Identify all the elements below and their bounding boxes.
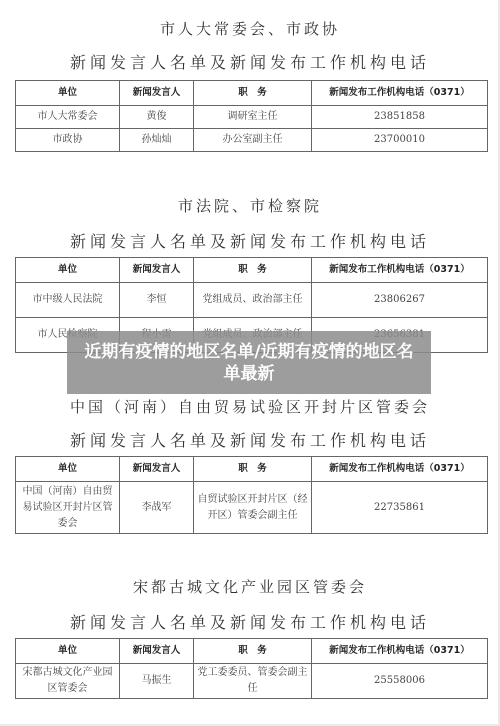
section-1-table: 单位 新闻发言人 职 务 新闻发布工作机构电话（0371） 市人大常委会 黄俊 …: [15, 80, 488, 152]
section-3-subtitle: 新闻发言人名单及新闻发布工作机构电话: [0, 428, 500, 451]
header-phone: 新闻发布工作机构电话（0371）: [312, 639, 488, 664]
cell-unit: 宋都古城文化产业园区管委会: [16, 664, 120, 699]
cell-phone: 22735861: [312, 482, 488, 534]
cell-position: 办公室副主任: [194, 129, 312, 152]
cell-unit: 市政协: [16, 129, 120, 152]
section-2-subtitle: 新闻发言人名单及新闻发布工作机构电话: [0, 229, 500, 252]
cell-position: 党组成员、政治部主任: [194, 283, 312, 318]
section-4-table: 单位 新闻发言人 职 务 新闻发布工作机构电话（0371） 宋都古城文化产业园区…: [15, 638, 488, 699]
cell-spokesperson: 李恒: [120, 283, 194, 318]
section-2-org-title: 市法院、市检察院: [0, 195, 500, 216]
cell-position: 调研室主任: [194, 106, 312, 129]
header-spokesperson: 新闻发言人: [120, 639, 194, 664]
section-4-org-title: 宋都古城文化产业园区管委会: [0, 576, 500, 597]
overlay-title-banner: 近期有疫情的地区名单/近期有疫情的地区名单最新: [67, 331, 431, 394]
header-unit: 单位: [16, 81, 120, 106]
cell-spokesperson: 孙灿灿: [120, 129, 194, 152]
cell-position: 自贸试验区开封片区（经开区）管委会副主任: [194, 482, 312, 534]
cell-unit: 中国（河南）自由贸易试验区开封片区管委会: [16, 482, 120, 534]
overlay-title-text: 近期有疫情的地区名单/近期有疫情的地区名单最新: [77, 341, 421, 385]
cell-phone: 25558006: [312, 664, 488, 699]
table-row: 宋都古城文化产业园区管委会 马振生 党工委委员、管委会副主任 25558006: [16, 664, 488, 699]
cell-phone: 23700010: [312, 129, 488, 152]
table-header-row: 单位 新闻发言人 职 务 新闻发布工作机构电话（0371）: [16, 258, 488, 283]
header-spokesperson: 新闻发言人: [120, 457, 194, 482]
header-unit: 单位: [16, 639, 120, 664]
cell-spokesperson: 黄俊: [120, 106, 194, 129]
header-position: 职 务: [194, 457, 312, 482]
header-spokesperson: 新闻发言人: [120, 258, 194, 283]
table-row: 中国（河南）自由贸易试验区开封片区管委会 李战军 自贸试验区开封片区（经开区）管…: [16, 482, 488, 534]
section-3-table: 单位 新闻发言人 职 务 新闻发布工作机构电话（0371） 中国（河南）自由贸易…: [15, 456, 488, 534]
header-position: 职 务: [194, 81, 312, 106]
table-header-row: 单位 新闻发言人 职 务 新闻发布工作机构电话（0371）: [16, 639, 488, 664]
cell-phone: 23806267: [312, 283, 488, 318]
header-phone: 新闻发布工作机构电话（0371）: [312, 457, 488, 482]
header-unit: 单位: [16, 258, 120, 283]
cell-spokesperson: 马振生: [120, 664, 194, 699]
cell-spokesperson: 李战军: [120, 482, 194, 534]
header-unit: 单位: [16, 457, 120, 482]
cell-unit: 市中级人民法院: [16, 283, 120, 318]
table-header-row: 单位 新闻发言人 职 务 新闻发布工作机构电话（0371）: [16, 457, 488, 482]
header-phone: 新闻发布工作机构电话（0371）: [312, 258, 488, 283]
cell-phone: 23851858: [312, 106, 488, 129]
header-spokesperson: 新闻发言人: [120, 81, 194, 106]
cell-position: 党工委委员、管委会副主任: [194, 664, 312, 699]
header-position: 职 务: [194, 258, 312, 283]
header-phone: 新闻发布工作机构电话（0371）: [312, 81, 488, 106]
section-1-subtitle: 新闻发言人名单及新闻发布工作机构电话: [0, 50, 500, 73]
table-header-row: 单位 新闻发言人 职 务 新闻发布工作机构电话（0371）: [16, 81, 488, 106]
section-3-org-title: 中国（河南）自由贸易试验区开封片区管委会: [0, 396, 500, 417]
section-1-org-title: 市人大常委会、市政协: [0, 18, 500, 39]
cell-unit: 市人大常委会: [16, 106, 120, 129]
section-4-subtitle: 新闻发言人名单及新闻发布工作机构电话: [0, 610, 500, 633]
table-row: 市政协 孙灿灿 办公室副主任 23700010: [16, 129, 488, 152]
table-row: 市中级人民法院 李恒 党组成员、政治部主任 23806267: [16, 283, 488, 318]
table-row: 市人大常委会 黄俊 调研室主任 23851858: [16, 106, 488, 129]
header-position: 职 务: [194, 639, 312, 664]
